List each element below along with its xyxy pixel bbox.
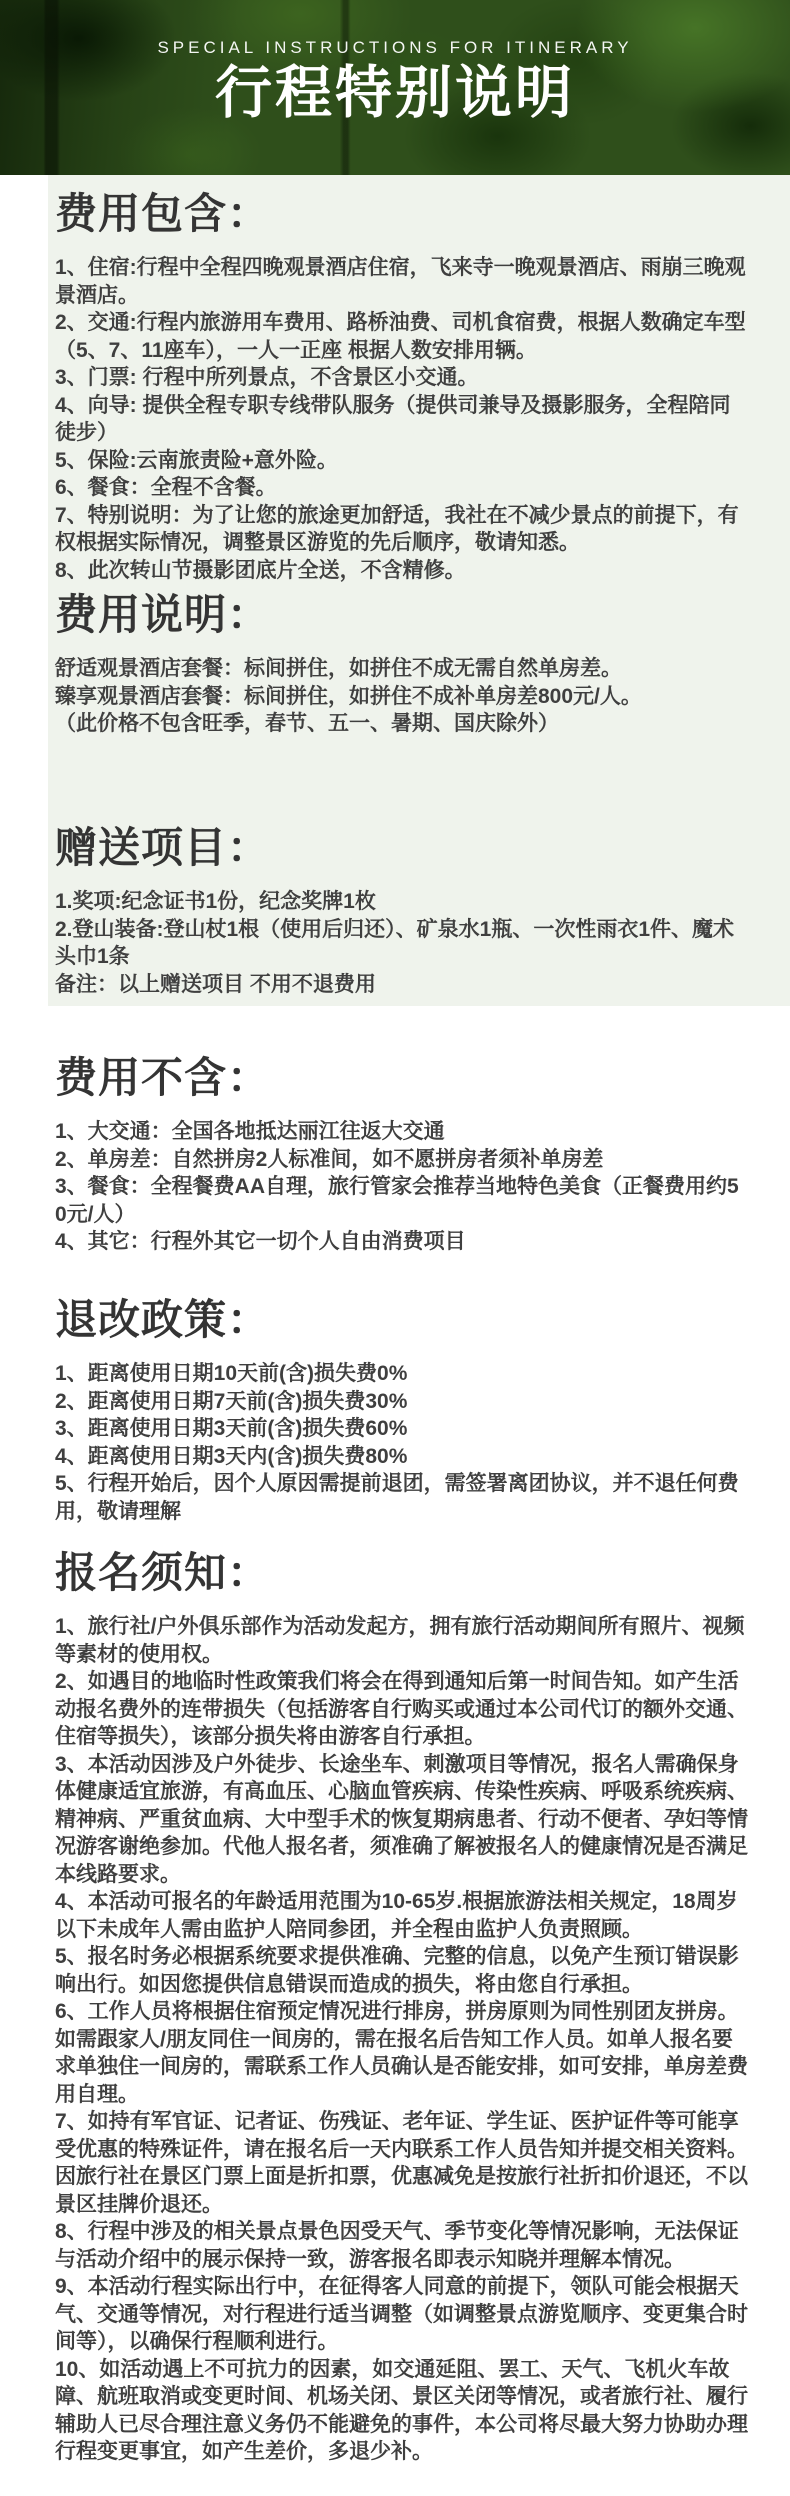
highlight-panel: 费用包含： 1、住宿:行程中全程四晚观景酒店住宿，飞来寺一晚观景酒店、雨崩三晚观… (48, 175, 790, 1006)
section-registration-notice: 报名须知： 1、旅行社/户外俱乐部作为活动发起方，拥有旅行活动期间所有照片、视频… (55, 1547, 748, 2466)
section-refund-policy: 退改政策： 1、距离使用日期10天前(含)损失费0%2、距离使用日期7天前(含)… (55, 1294, 748, 1525)
text-line: 2.登山装备:登山杖1根（使用后归还）、矿泉水1瓶、一次性雨衣1件、魔术头巾1条 (55, 916, 748, 971)
header-subtitle: SPECIAL INSTRUCTIONS FOR ITINERARY (0, 38, 790, 58)
text-line: 6、餐食：全程不含餐。 (55, 474, 748, 502)
text-line: 9、本活动行程实际出行中，在征得客人同意的前提下，领队可能会根据天气、交通等情况… (55, 2273, 748, 2356)
text-line: 8、此次转山节摄影团底片全送，不含精修。 (55, 557, 748, 585)
section-items-gift-items: 1.奖项:纪念证书1份，纪念奖牌1枚2.登山装备:登山杖1根（使用后归还）、矿泉… (55, 888, 748, 998)
text-line: 4、其它：行程外其它一切个人自由消费项目 (55, 1228, 748, 1256)
section-title-gift-items: 赠送项目： (55, 822, 748, 873)
section-title-fee-notes: 费用说明： (55, 589, 748, 640)
text-line: 7、特别说明：为了让您的旅途更加舒适，我社在不减少景点的前提下，有权根据实际情况… (55, 502, 748, 557)
text-line: 5、保险:云南旅责险+意外险。 (55, 447, 748, 475)
section-gift-items: 赠送项目： 1.奖项:纪念证书1份，纪念奖牌1枚2.登山装备:登山杖1根（使用后… (55, 822, 748, 998)
plain-panel: 费用不含： 1、大交通：全国各地抵达丽江往返大交通2、单房差：自然拼房2人标准间… (0, 1006, 790, 2496)
text-line: 2、如遇目的地临时性政策我们将会在得到通知后第一时间告知。如产生活动报名费外的连… (55, 1668, 748, 1751)
text-line: 4、向导: 提供全程专职专线带队服务（提供司兼导及摄影服务，全程陪同徒步） (55, 392, 748, 447)
text-line: 3、距离使用日期3天前(含)损失费60% (55, 1415, 748, 1443)
text-line: 1、住宿:行程中全程四晚观景酒店住宿，飞来寺一晚观景酒店、雨崩三晚观景酒店。 (55, 254, 748, 309)
section-title-fees-excluded: 费用不含： (55, 1052, 748, 1103)
text-line: 3、门票: 行程中所列景点，不含景区小交通。 (55, 364, 748, 392)
section-items-fee-notes: 舒适观景酒店套餐：标间拼住，如拼住不成无需自然单房差。臻享观景酒店套餐：标间拼住… (55, 655, 748, 738)
section-title-fees-included: 费用包含： (55, 188, 748, 239)
text-line: 7、如持有军官证、记者证、伤残证、老年证、学生证、医护证件等可能享受优惠的特殊证… (55, 2108, 748, 2218)
text-line: 4、距离使用日期3天内(含)损失费80% (55, 1443, 748, 1471)
page-title: 行程特别说明 (0, 64, 790, 124)
section-items-fees-included: 1、住宿:行程中全程四晚观景酒店住宿，飞来寺一晚观景酒店、雨崩三晚观景酒店。2、… (55, 254, 748, 584)
text-line: 10、如活动遇上不可抗力的因素，如交通延阻、罢工、天气、飞机火车故障、航班取消或… (55, 2356, 748, 2466)
section-fees-included: 费用包含： 1、住宿:行程中全程四晚观景酒店住宿，飞来寺一晚观景酒店、雨崩三晚观… (55, 188, 748, 584)
text-line: 2、距离使用日期7天前(含)损失费30% (55, 1388, 748, 1416)
text-line: 6、工作人员将根据住宿预定情况进行排房，拼房原则为同性别团友拼房。如需跟家人/朋… (55, 1998, 748, 2108)
section-title-refund-policy: 退改政策： (55, 1294, 748, 1345)
text-line: 1、旅行社/户外俱乐部作为活动发起方，拥有旅行活动期间所有照片、视频等素材的使用… (55, 1613, 748, 1668)
text-line: 臻享观景酒店套餐：标间拼住，如拼住不成补单房差800元/人。 (55, 683, 748, 711)
section-fee-notes: 费用说明： 舒适观景酒店套餐：标间拼住，如拼住不成无需自然单房差。臻享观景酒店套… (55, 589, 748, 738)
text-line: 5、行程开始后，因个人原因需提前退团，需签署离团协议，并不退任何费用，敬请理解 (55, 1470, 748, 1525)
text-line: 1.奖项:纪念证书1份，纪念奖牌1枚 (55, 888, 748, 916)
text-line: 8、行程中涉及的相关景点景色因受天气、季节变化等情况影响，无法保证与活动介绍中的… (55, 2218, 748, 2273)
section-title-registration-notice: 报名须知： (55, 1547, 748, 1598)
text-line: 备注：以上赠送项目 不用不退费用 (55, 971, 748, 999)
section-fees-excluded: 费用不含： 1、大交通：全国各地抵达丽江往返大交通2、单房差：自然拼房2人标准间… (55, 1052, 748, 1256)
header-banner: SPECIAL INSTRUCTIONS FOR ITINERARY 行程特别说… (0, 0, 790, 175)
text-line: 2、交通:行程内旅游用车费用、路桥油费、司机食宿费，根据人数确定车型（5、7、1… (55, 309, 748, 364)
text-line: 2、单房差：自然拼房2人标准间，如不愿拼房者须补单房差 (55, 1146, 748, 1174)
text-line: 3、本活动因涉及户外徒步、长途坐车、刺激项目等情况，报名人需确保身体健康适宜旅游… (55, 1751, 748, 1889)
text-line: （此价格不包含旺季，春节、五一、暑期、国庆除外） (55, 710, 748, 738)
section-items-fees-excluded: 1、大交通：全国各地抵达丽江往返大交通2、单房差：自然拼房2人标准间，如不愿拼房… (55, 1118, 748, 1256)
section-items-refund-policy: 1、距离使用日期10天前(含)损失费0%2、距离使用日期7天前(含)损失费30%… (55, 1360, 748, 1525)
text-line: 5、报名时务必根据系统要求提供准确、完整的信息，以免产生预订错误影响出行。如因您… (55, 1943, 748, 1998)
text-line: 3、餐食：全程餐费AA自理，旅行管家会推荐当地特色美食（正餐费用约50元/人） (55, 1173, 748, 1228)
text-line: 4、本活动可报名的年龄适用范围为10-65岁.根据旅游法相关规定，18周岁以下未… (55, 1888, 748, 1943)
text-line: 1、大交通：全国各地抵达丽江往返大交通 (55, 1118, 748, 1146)
text-line: 舒适观景酒店套餐：标间拼住，如拼住不成无需自然单房差。 (55, 655, 748, 683)
text-line: 1、距离使用日期10天前(含)损失费0% (55, 1360, 748, 1388)
section-items-registration-notice: 1、旅行社/户外俱乐部作为活动发起方，拥有旅行活动期间所有照片、视频等素材的使用… (55, 1613, 748, 2466)
